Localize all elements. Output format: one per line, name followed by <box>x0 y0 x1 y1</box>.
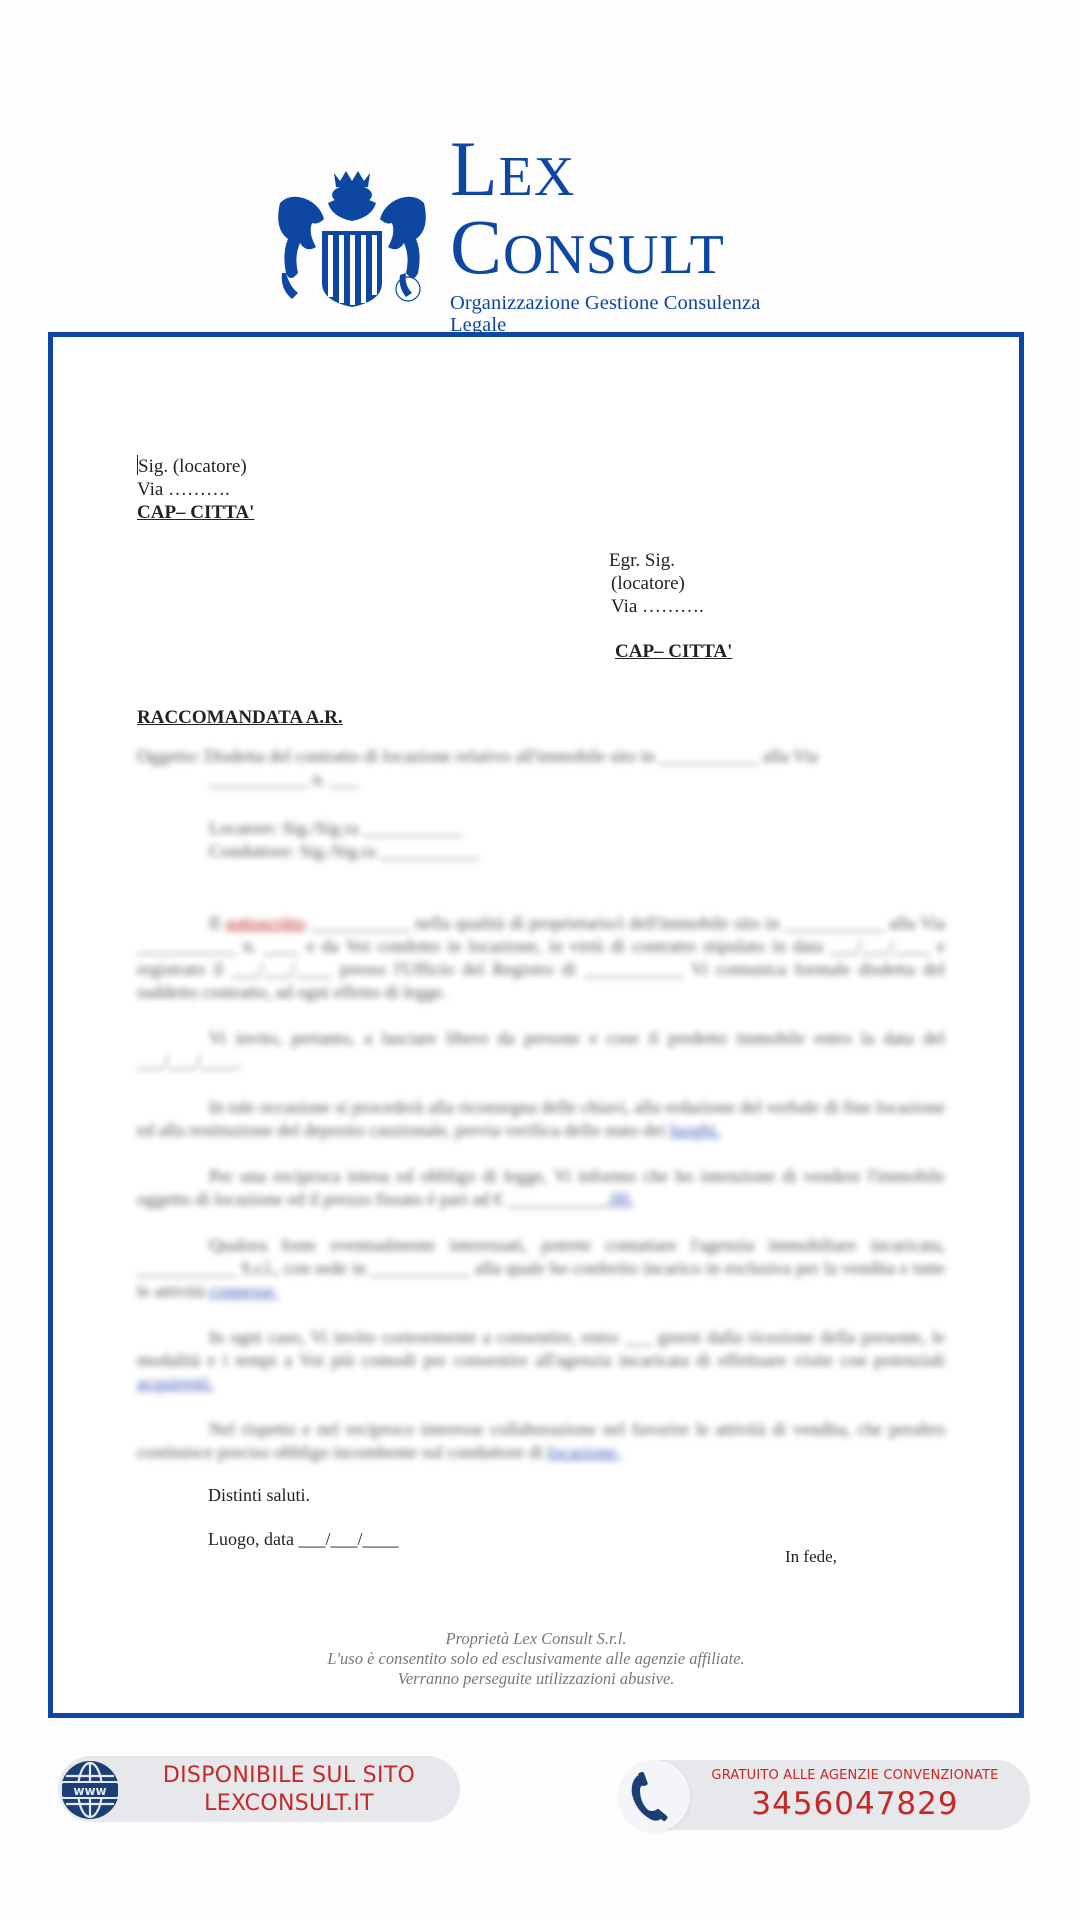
recipient-address: Egr. Sig. (locatore) Via ………. CAP– CITTA… <box>609 549 732 663</box>
website-text: DISPONIBILE SUL SITO LEXCONSULT.IT <box>118 1762 460 1818</box>
recipient-salutation: Egr. Sig. <box>609 549 732 572</box>
sender-address: Sig. (locatore) Via ………. CAP– CITTA' <box>137 455 254 524</box>
phone-caption: GRATUITO ALLE AGENZIE CONVENZIONATE <box>688 1768 1022 1783</box>
paragraph-1: Il sottoscritto ___________ nella qualit… <box>137 912 945 1004</box>
phone-number[interactable]: 3456047829 <box>688 1786 1022 1822</box>
brand-name: LEX CONSULT <box>450 134 812 290</box>
website-url: LEXCONSULT.IT <box>118 1790 460 1818</box>
paragraph-2: Vi invito, pertanto, a lasciare libero d… <box>137 1027 945 1073</box>
globe-www-icon: www <box>58 1758 122 1822</box>
place-date-field: Luogo, data ___/___/____ <box>208 1529 398 1550</box>
sender-name: Sig. (locatore) <box>138 456 247 477</box>
recipient-city: CAP– CITTA' <box>609 640 732 663</box>
subject-line: Oggetto: Disdetta del contratto di locaz… <box>137 745 945 814</box>
recipient-street: Via ………. <box>609 595 732 618</box>
closing-greeting: Distinti saluti. <box>208 1485 310 1506</box>
website-banner[interactable]: www DISPONIBILE SUL SITO LEXCONSULT.IT <box>58 1756 460 1822</box>
brand-tagline: Organizzazione Gestione Consulenza Legal… <box>450 292 812 336</box>
letter-body: Il sottoscritto ___________ nella qualit… <box>137 912 945 1487</box>
letter-document: Sig. (locatore) Via ………. CAP– CITTA' Egr… <box>48 332 1024 1718</box>
svg-text:www: www <box>73 1784 106 1798</box>
phone-banner[interactable]: GRATUITO ALLE AGENZIE CONVENZIONATE 3456… <box>620 1760 1030 1830</box>
sender-city: CAP– CITTA' <box>137 501 254 524</box>
paragraph-7: Nel rispetto e nel reciproco interesse c… <box>137 1418 945 1464</box>
paragraph-5: Qualora foste eventualmente interessati,… <box>137 1234 945 1303</box>
signature-label: In fede, <box>785 1547 837 1567</box>
copyright-disclaimer: Proprietà Lex Consult S.r.l. L'uso è con… <box>53 1629 1019 1689</box>
paragraph-4: Per una reciproca intesa ed obbligo di l… <box>137 1165 945 1211</box>
lex-consult-logo: LEX CONSULT Organizzazione Gestione Cons… <box>272 160 812 310</box>
heraldic-crest-icon <box>272 163 432 308</box>
letter-heading: RACCOMANDATA A.R. <box>137 707 343 729</box>
recipient-name: (locatore) <box>609 572 732 595</box>
paragraph-3: In tale occasione si procederà alla rico… <box>137 1096 945 1142</box>
sender-street: Via ………. <box>137 478 254 501</box>
phone-icon <box>630 1770 678 1822</box>
paragraph-6: In ogni caso, Vi invito cortesemente a c… <box>137 1326 945 1395</box>
parties-block: Locatore: Sig./Sig.ra ___________Condutt… <box>137 817 945 886</box>
